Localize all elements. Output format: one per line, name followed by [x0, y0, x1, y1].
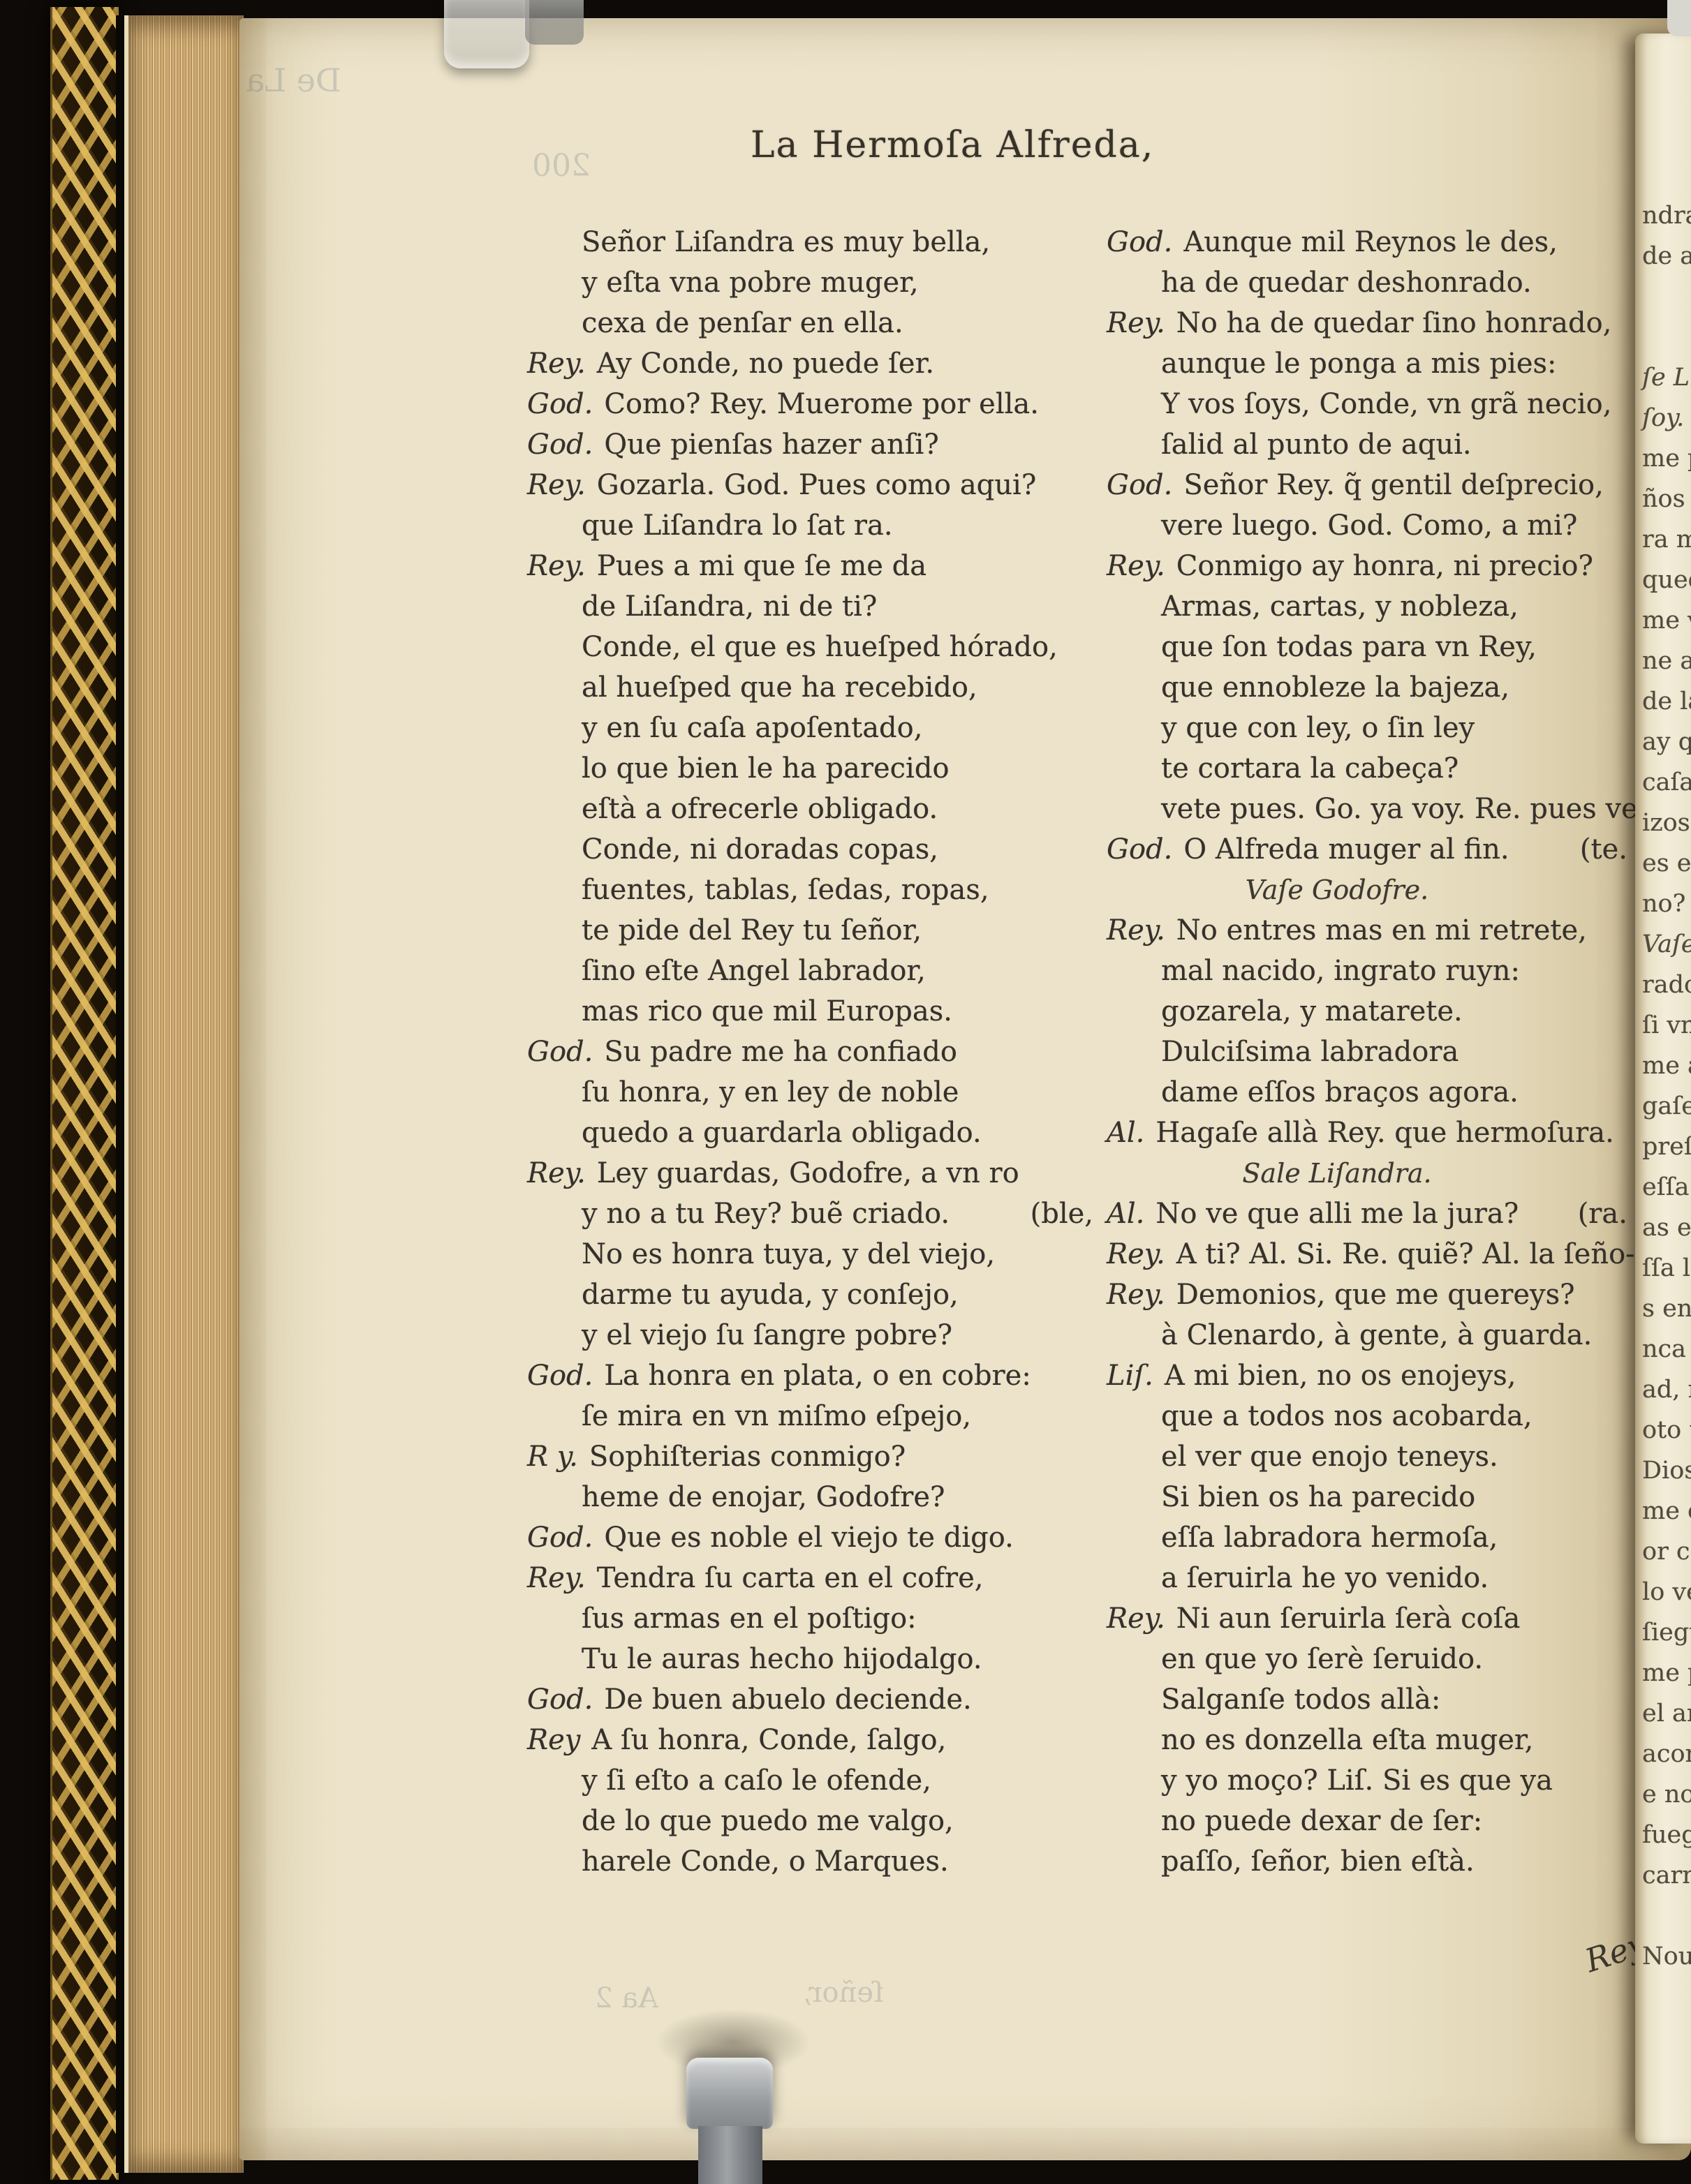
edge-text-fragment: fuego — [1642, 1815, 1691, 1855]
speaker-prefix: Rey — [527, 1724, 580, 1756]
speaker-prefix: God. — [527, 1036, 593, 1068]
verse-line: ReyA ſu honra, Conde, ſalgo, — [527, 1720, 1096, 1760]
verse-line: no puede dexar de ſer: — [1107, 1801, 1630, 1841]
verse-line: que a todos nos acobarda, — [1107, 1396, 1630, 1436]
gilt-board-edge — [50, 7, 119, 2180]
edge-text-fragment: me paga — [1642, 438, 1691, 479]
edge-text-fragment: carne — [1642, 1855, 1691, 1896]
bleed-through-text: De La — [246, 61, 341, 99]
edge-text-fragment: ay quie — [1642, 722, 1691, 762]
verse-line: mas rico que mil Europas. — [527, 991, 1096, 1032]
speaker-prefix: Rey. — [527, 1157, 586, 1189]
edge-text-fragment: me aque — [1642, 1046, 1691, 1086]
edge-text-fragment: me pr — [1642, 1653, 1691, 1693]
speaker-prefix: R y. — [527, 1441, 578, 1473]
verse-line: y en ſu caſa apoſentado, — [527, 708, 1096, 748]
edge-text-fragment: ne a la C — [1642, 641, 1691, 681]
verse-line: Rey.Pues a mi que ſe me da — [527, 546, 1096, 586]
verse-line: y yo moço? Liſ. Si es que ya — [1107, 1760, 1630, 1801]
verse-line: God.La honra en plata, o en cobre: — [527, 1355, 1096, 1396]
verse-line: God.Aunque mil Reynos le des, — [1107, 222, 1630, 262]
verse-line: que Liſandra lo ſat ra. — [527, 505, 1096, 546]
verse-line: y ſi eſto a caſo le ofende, — [527, 1760, 1096, 1801]
speaker-prefix: Rey. — [1107, 1279, 1165, 1311]
photograph-background: La Hermoſa Alfreda, 200De LaAa 2ſeñor, S… — [0, 0, 1691, 2184]
verse-turnover: (ble, — [1031, 1194, 1093, 1234]
bleed-through-text: Aa 2 — [595, 1982, 658, 2014]
bottom-clamp-head — [686, 2058, 773, 2129]
verse-line: Señor Liſandra es muy bella, — [527, 222, 1096, 262]
verse-line: Dulciſsima labradora — [1107, 1032, 1630, 1072]
verse-line: de lo que puedo me valgo, — [527, 1801, 1096, 1841]
edge-text-fragment: me el ar — [1642, 1491, 1691, 1531]
verse-line: Rey.Conmigo ay honra, ni precio? — [1107, 546, 1630, 586]
speaker-prefix: Rey. — [527, 1562, 586, 1594]
verse-turnover: (ra. — [1578, 1194, 1627, 1234]
verse-line: Al.No ve que alli me la jura?(ra. — [1107, 1194, 1630, 1234]
edge-text-fragment: no? Cle. B — [1642, 884, 1691, 924]
stage-direction: Sale Liſandra. — [1107, 1153, 1630, 1194]
verse-line: Rey.Ni aun ſeruirla ſerà coſa — [1107, 1598, 1630, 1639]
verse-line: y eſta vna pobre muger, — [527, 262, 1096, 303]
edge-text-fragment: nca ag — [1642, 1329, 1691, 1369]
verse-line: God.Que pienſas hazer anſi? — [527, 424, 1096, 465]
holding-clip-top — [444, 0, 529, 68]
edge-text-fragment: ños de c — [1642, 479, 1691, 519]
speaker-prefix: God. — [527, 429, 593, 461]
verse-line: God.De buen abuelo deciende. — [527, 1679, 1096, 1720]
edge-text-fragment: ad, no — [1642, 1369, 1691, 1410]
verse-line: Rey.No entres mas en mi retrete, — [1107, 910, 1630, 951]
edge-text-fragment: Noue — [1642, 1936, 1691, 1977]
edge-text-fragment — [1642, 317, 1691, 357]
verse-line: quedo a guardarla obligado. — [527, 1113, 1096, 1153]
verse-line: God.O Alfreda muger al fin.(te. — [1107, 829, 1630, 870]
verse-line: heme de enojar, Godofre? — [527, 1477, 1096, 1517]
verse-line: Y vos ſoys, Conde, vn grã necio, — [1107, 384, 1630, 424]
speaker-prefix: Rey. — [1107, 307, 1165, 339]
edge-text-fragment: ſſa luz — [1642, 1248, 1691, 1288]
edge-text-fragment: lo veys — [1642, 1572, 1691, 1612]
verse-line: vere luego. God. Como, a mi? — [1107, 505, 1630, 546]
edge-text-fragment: Vaſe — [1642, 924, 1691, 965]
speaker-prefix: Rey. — [527, 550, 586, 582]
next-page-edge: ndra, acde aquſe Liſanſoy. Liſme pagaños… — [1635, 34, 1691, 2144]
edge-text-fragment: radora — [1642, 965, 1691, 1005]
verse-line: el ver que enojo teneys. — [1107, 1436, 1630, 1477]
edge-text-fragment: Dios, qu — [1642, 1450, 1691, 1491]
bottom-clamp-stem — [698, 2126, 762, 2184]
speaker-prefix: Rey. — [1107, 1603, 1165, 1635]
verse-line: God.Señor Rey. q̃ gentil deſprecio, — [1107, 465, 1630, 505]
verse-line: de Liſandra, ni de ti? — [527, 586, 1096, 627]
verse-line: God.Que es noble el viejo te digo. — [527, 1517, 1096, 1558]
edge-text-fragment: ſiegue — [1642, 1612, 1691, 1653]
verse-line: y no a tu Rey? buẽ criado.(ble, — [527, 1194, 1096, 1234]
verse-line: te pide del Rey tu ſeñor, — [527, 910, 1096, 951]
verse-line: te cortara la cabeça? — [1107, 748, 1630, 789]
verse-line: Rey.Tendra ſu carta en el cofre, — [527, 1558, 1096, 1598]
speaker-prefix: Liſ. — [1107, 1360, 1153, 1392]
verse-line: Si bien os ha parecido — [1107, 1477, 1630, 1517]
verse-line: Conde, el que es hueſped hórado, — [527, 627, 1096, 667]
holding-clip-top-small — [525, 0, 584, 45]
verse-line: Salganſe todos allà: — [1107, 1679, 1630, 1720]
running-title: La Hermoſa Alfreda, — [751, 124, 1154, 166]
speaker-prefix: Rey. — [1107, 550, 1165, 582]
verse-line: R y.Sophiſterias conmigo? — [527, 1436, 1096, 1477]
edge-text-fragment: quede nin — [1642, 560, 1691, 600]
speaker-prefix: God. — [1107, 469, 1172, 501]
edge-text-fragment: e no v — [1642, 1774, 1691, 1815]
verse-line: God.Su padre me ha confiado — [527, 1032, 1096, 1072]
verse-line: Rey.No ha de quedar ſino honrado, — [1107, 303, 1630, 343]
verse-line: vete pues. Go. ya voy. Re. pues ve- — [1107, 789, 1630, 829]
speaker-prefix: God. — [527, 1360, 593, 1392]
verse-line: paſſo, ſeñor, bien eſtà. — [1107, 1841, 1630, 1882]
verse-line: que ſon todas para vn Rey, — [1107, 627, 1630, 667]
verse-line: al hueſped que ha recebido, — [527, 667, 1096, 708]
verse-line: Al.Hagaſe allà Rey. que hermoſura. — [1107, 1113, 1630, 1153]
verse-line: fuentes, tablas, ſedas, ropas, — [527, 870, 1096, 910]
book-page: La Hermoſa Alfreda, 200De LaAa 2ſeñor, S… — [239, 18, 1691, 2160]
verse-column-right: God.Aunque mil Reynos le des,ha de queda… — [1107, 222, 1630, 1882]
verse-line: y que con ley, o ſin ley — [1107, 708, 1630, 748]
edge-text-fragment: gaſe, que — [1642, 1086, 1691, 1127]
verse-line: God.Como? Rey. Muerome por ella. — [527, 384, 1096, 424]
verse-line: Rey.A ti? Al. Si. Re. quiẽ? Al. la ſeño- — [1107, 1234, 1630, 1275]
verse-line: en que yo ſerè ſeruido. — [1107, 1639, 1630, 1679]
verse-line: ha de quedar deshonrado. — [1107, 262, 1630, 303]
edge-text-fragment: de la nor — [1642, 681, 1691, 722]
edge-text-fragment: es el de — [1642, 843, 1691, 884]
verse-line: harele Conde, o Marques. — [527, 1841, 1096, 1882]
verse-line: Rey.Ley guardas, Godofre, a vn ro — [527, 1153, 1096, 1194]
edge-text-fragment: de aqu — [1642, 236, 1691, 276]
edge-text-fragment: preſto — [1642, 1127, 1691, 1167]
speaker-prefix: God. — [1107, 226, 1172, 258]
edge-text-fragment: or con — [1642, 1531, 1691, 1572]
speaker-prefix: God. — [527, 1522, 593, 1554]
verse-line: eſtà a ofrecerle obligado. — [527, 789, 1096, 829]
verse-line: que ennobleze la bajeza, — [1107, 667, 1630, 708]
verse-line: cexa de penſar en ella. — [527, 303, 1096, 343]
verse-line: ſalid al punto de aqui. — [1107, 424, 1630, 465]
corner-reflection — [1667, 0, 1691, 36]
edge-text-fragment — [1642, 1896, 1691, 1936]
edge-text-fragment: caſa? Cle — [1642, 762, 1691, 803]
verse-line: ſus armas en el poſtigo: — [527, 1598, 1096, 1639]
verse-line: Liſ.A mi bien, no os enojeys, — [1107, 1355, 1630, 1396]
speaker-prefix: God. — [527, 1684, 593, 1716]
edge-text-fragment: eſſa ma — [1642, 1167, 1691, 1208]
verse-line: a ſeruirla he yo venido. — [1107, 1558, 1630, 1598]
verse-line: ſino eſte Angel labrador, — [527, 951, 1096, 991]
verse-line: Armas, cartas, y nobleza, — [1107, 586, 1630, 627]
verse-line: Conde, ni doradas copas, — [527, 829, 1096, 870]
verse-line: Rey.Gozarla. God. Pues como aqui? — [527, 465, 1096, 505]
speaker-prefix: God. — [1107, 833, 1172, 866]
verse-line: dame eſſos braços agora. — [1107, 1072, 1630, 1113]
next-page-edge-text: ndra, acde aquſe Liſanſoy. Liſme pagaños… — [1642, 195, 1691, 1977]
speaker-prefix: Rey. — [527, 348, 586, 380]
speaker-prefix: Rey. — [1107, 914, 1165, 946]
edge-text-fragment: oto tu t — [1642, 1410, 1691, 1450]
speaker-prefix: Rey. — [1107, 1238, 1165, 1270]
verse-line: y el viejo ſu ſangre pobre? — [527, 1315, 1096, 1355]
edge-text-fragment: ndra, ac — [1642, 195, 1691, 236]
edge-text-fragment: ſoy. Liſ — [1642, 398, 1691, 438]
speaker-prefix: Al. — [1107, 1117, 1144, 1149]
verse-turnover: (te. — [1580, 829, 1627, 870]
verse-line: mal nacido, ingrato ruyn: — [1107, 951, 1630, 991]
edge-text-fragment — [1642, 276, 1691, 317]
edge-text-fragment: me voy, — [1642, 600, 1691, 641]
speaker-prefix: God. — [527, 388, 593, 420]
verse-line: Tu le auras hecho hijodalgo. — [527, 1639, 1096, 1679]
verse-line: gozarela, y matarete. — [1107, 991, 1630, 1032]
verse-line: darme tu ayuda, y conſejo, — [527, 1275, 1096, 1315]
edge-text-fragment: ra mala, — [1642, 519, 1691, 560]
speaker-prefix: Rey. — [527, 469, 586, 501]
verse-line: No es honra tuya, y del viejo, — [527, 1234, 1096, 1275]
bleed-through-text: ſeñor, — [803, 1977, 884, 2009]
edge-text-fragment: ſi vn R — [1642, 1005, 1691, 1046]
verse-line: no es donzella eſta muger, — [1107, 1720, 1630, 1760]
edge-text-fragment: as eclip — [1642, 1208, 1691, 1248]
stage-direction: Vaſe Godofre. — [1107, 870, 1630, 910]
edge-text-fragment: acomi — [1642, 1734, 1691, 1774]
page-fore-edge — [124, 15, 244, 2173]
verse-line: ſu honra, y en ley de noble — [527, 1072, 1096, 1113]
edge-text-fragment: s en colo — [1642, 1288, 1691, 1329]
verse-line: eſſa labradora hermoſa, — [1107, 1517, 1630, 1558]
verse-line: à Clenardo, à gente, à guarda. — [1107, 1315, 1630, 1355]
speaker-prefix: Al. — [1107, 1198, 1144, 1230]
edge-text-fragment: ſe Liſan — [1642, 357, 1691, 398]
bleed-through-text: 200 — [532, 148, 591, 184]
verse-line: aunque le ponga a mis pies: — [1107, 343, 1630, 384]
verse-line: ſe mira en vn miſmo eſpejo, — [527, 1396, 1096, 1436]
verse-line: Rey.Ay Conde, no puede ſer. — [527, 343, 1096, 384]
edge-text-fragment: el amo — [1642, 1693, 1691, 1734]
verse-column-left: Señor Liſandra es muy bella,y eſta vna p… — [527, 222, 1096, 1882]
verse-line: lo que bien le ha parecido — [527, 748, 1096, 789]
edge-text-fragment: izos de — [1642, 803, 1691, 843]
verse-line: Rey.Demonios, que me quereys? — [1107, 1275, 1630, 1315]
